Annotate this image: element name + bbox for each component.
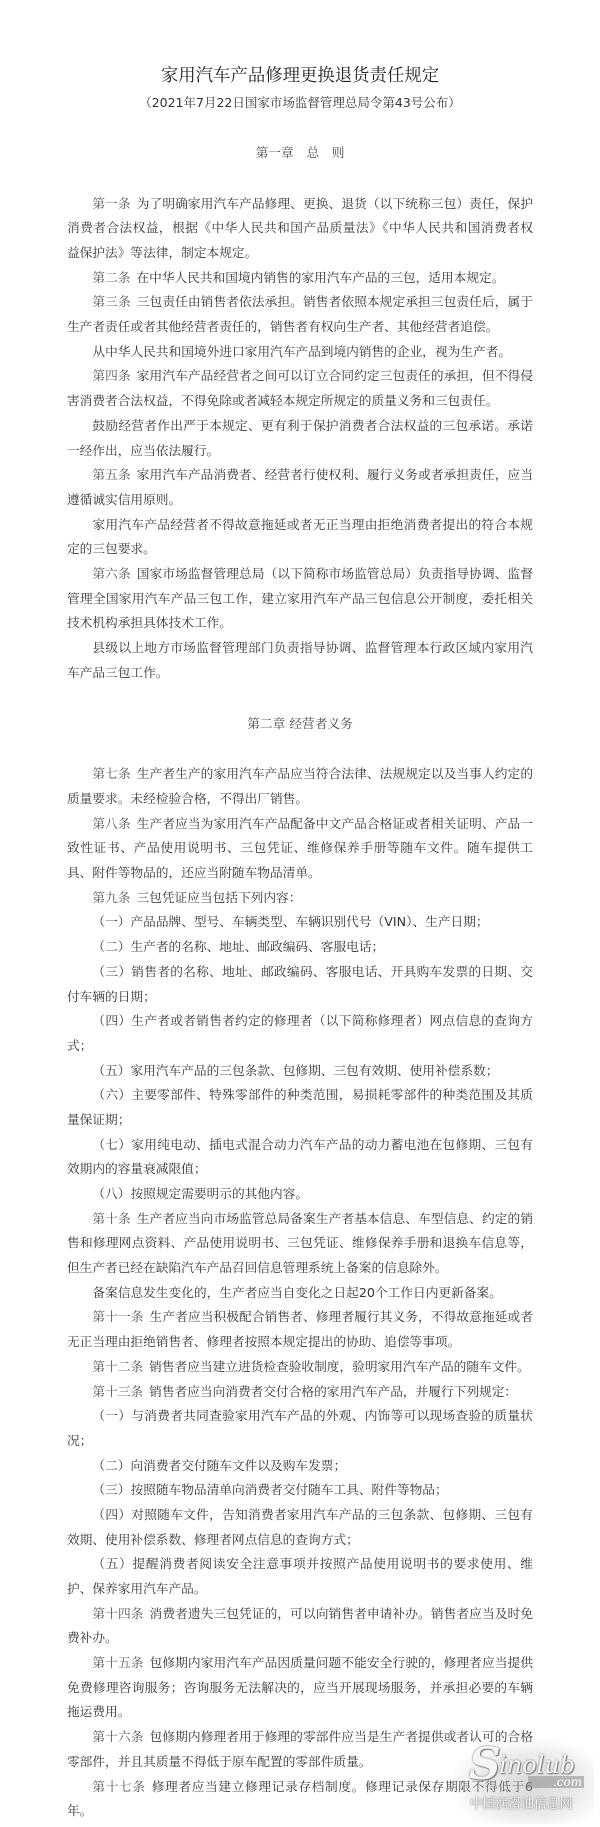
article-9-item-6: （六）主要零部件、特殊零部件的种类范围，易损耗零部件的种类范围及其质 量保证期； (67, 1083, 533, 1132)
text-line: 第十一条生产者应当积极配合销售者、修理者履行其义务，不得故意拖延或者 (67, 1305, 533, 1330)
text-line: 具、附件等物品的，还应当附随车物品清单。 (67, 861, 533, 886)
article-label: 第一条 (92, 196, 130, 211)
article-13-item-1: （一）与消费者共同查验家用汽车产品的外观、内饰等可以现场查验的质量状 况； (67, 1404, 533, 1453)
article-13-item-5: （五）提醒消费者阅读安全注意事项并按照产品使用说明书的要求使用、维 护、保养家用… (67, 1552, 533, 1601)
article-4: 第四条家用汽车产品经营者之间可以订立合同约定三包责任的承担，但不得侵 害消费者合… (67, 364, 533, 413)
text-line: 生产者责任或者其他经营者责任的，销售者有权向生产者、其他经营者追偿。 (67, 315, 533, 340)
text-line: 一经作出，应当依法履行。 (67, 439, 533, 464)
article-16: 第十六条包修期内修理者用于修理的零部件应当是生产者提供或者认可的合格 零部件，并… (67, 1725, 533, 1774)
text-line: 第十三条销售者应当向消费者交付合格的家用汽车产品，并履行下列规定： (67, 1380, 533, 1405)
text-line: 车产品三包工作。 (67, 661, 533, 686)
text-line: 第十四条消费者遗失三包凭证的，可以向销售者申请补办。销售者应当及时免 (67, 1602, 533, 1627)
text-line: （二）向消费者交付随车文件以及购车发票； (67, 1454, 533, 1479)
line-text: 生产者应当向市场监管总局备案生产者基本信息、车型信息、约定的销 (137, 1211, 533, 1226)
line-text: 包修期内家用汽车产品因质量问题不能安全行驶的，修理者应当提供 (150, 1655, 533, 1670)
article-label: 第八条 (92, 816, 130, 831)
text-line: 县级以上地方市场监督管理部门负责指导协调、监督管理本行政区域内家用汽 (67, 636, 533, 661)
line-text: 修理者应当建立修理记录存档制度。修理记录保存期限不得低于6 (152, 1779, 533, 1794)
article-9-item-2: （二）生产者的名称、地址、邮政编码、客服电话； (67, 935, 533, 960)
text-line: 第十条生产者应当向市场监管总局备案生产者基本信息、车型信息、约定的销 (67, 1207, 533, 1232)
text-line: 遵循诚实信用原则。 (67, 488, 533, 513)
article-13-item-3: （三）按照随车物品清单向消费者交付随车工具、附件等物品； (67, 1478, 533, 1503)
article-9-item-8: （八）按照规定需要明示的其他内容。 (67, 1182, 533, 1207)
article-label: 第三条 (92, 294, 130, 309)
article-9-item-1: （一）产品品牌、型号、车辆类型、车辆识别代号（VIN）、生产日期； (67, 910, 533, 935)
text-line: （五）家用汽车产品的三包条款、包修期、三包有效期、使用补偿系数； (67, 1059, 533, 1084)
text-line: （一）产品品牌、型号、车辆类型、车辆识别代号（VIN）、生产日期； (67, 910, 533, 935)
article-label: 第五条 (92, 467, 130, 482)
line-text: 家用汽车产品经营者之间可以订立合同约定三包责任的承担，但不得侵 (137, 368, 533, 383)
text-line: （四）生产者或者销售者约定的修理者（以下简称修理者）网点信息的查询方 (67, 1009, 533, 1034)
article-5-paragraph-2: 家用汽车产品经营者不得故意拖延或者无正当理由拒绝消费者提出的符合本规 定的三包要… (67, 513, 533, 562)
article-label: 第四条 (92, 368, 130, 383)
article-13-item-4: （四）对照随车文件，告知消费者家用汽车产品的三包条款、包修期、三包有 效期、使用… (67, 1503, 533, 1552)
article-11: 第十一条生产者应当积极配合销售者、修理者履行其义务，不得故意拖延或者 无正当理由… (67, 1305, 533, 1354)
article-5: 第五条家用汽车产品消费者、经营者行使权利、履行义务或者承担责任，应当 遵循诚实信… (67, 463, 533, 512)
text-line: 付车辆的日期； (67, 985, 533, 1010)
text-line: （八）按照规定需要明示的其他内容。 (67, 1182, 533, 1207)
line-text: 家用汽车产品消费者、经营者行使权利、履行义务或者承担责任，应当 (137, 467, 533, 482)
article-8: 第八条生产者应当为家用汽车产品配备中文产品合格证或者相关证明、产品一 致性证书、… (67, 812, 533, 886)
text-line: 害消费者合法权益，不得免除或者减轻本规定所规定的质量义务和三包责任。 (67, 389, 533, 414)
line-text: 包修期内修理者用于修理的零部件应当是生产者提供或者认可的合格 (150, 1729, 533, 1744)
text-line: 费补办。 (67, 1626, 533, 1651)
article-label: 第十五条 (92, 1655, 143, 1670)
line-text: 为了明确家用汽车产品修理、更换、退货（以下统称三包）责任，保护 (137, 196, 533, 211)
text-line: 管理全国家用汽车产品三包工作，建立家用汽车产品三包信息公开制度，委托相关 (67, 587, 533, 612)
text-line: 第五条家用汽车产品消费者、经营者行使权利、履行义务或者承担责任，应当 (67, 463, 533, 488)
text-line: （五）提醒消费者阅读安全注意事项并按照产品使用说明书的要求使用、维 (67, 1552, 533, 1577)
text-line: 但生产者已经在缺陷汽车产品召回信息管理系统上备案的信息除外。 (67, 1256, 533, 1281)
line-text: 在中华人民共和国境内销售的家用汽车产品的三包，适用本规定。 (136, 270, 504, 285)
text-line: 第十六条包修期内修理者用于修理的零部件应当是生产者提供或者认可的合格 (67, 1725, 533, 1750)
text-line: 消费者合法权益，根据《中华人民共和国产品质量法》《中华人民共和国消费者权 (67, 216, 533, 241)
article-9: 第九条三包凭证应当包括下列内容： (67, 886, 533, 911)
text-line: 第三条三包责任由销售者依法承担。销售者依照本规定承担三包责任后，属于 (67, 290, 533, 315)
article-3-paragraph-2: 从中华人民共和国境外进口家用汽车产品到境内销售的企业，视为生产者。 (67, 340, 533, 365)
text-line: 第十二条销售者应当建立进货检查验收制度，验明家用汽车产品的随车文件。 (67, 1355, 533, 1380)
text-line: 效期内的容量衰减限值； (67, 1157, 533, 1182)
text-line: 拖运费用。 (67, 1700, 533, 1725)
text-line: 第四条家用汽车产品经营者之间可以订立合同约定三包责任的承担，但不得侵 (67, 364, 533, 389)
text-line: 家用汽车产品经营者不得故意拖延或者无正当理由拒绝消费者提出的符合本规 (67, 513, 533, 538)
article-4-paragraph-2: 鼓励经营者作出严于本规定、更有利于保护消费者合法权益的三包承诺。承诺 一经作出，… (67, 414, 533, 463)
article-12: 第十二条销售者应当建立进货检查验收制度，验明家用汽车产品的随车文件。 (67, 1355, 533, 1380)
article-label: 第十一条 (92, 1309, 143, 1324)
article-6-paragraph-2: 县级以上地方市场监督管理部门负责指导协调、监督管理本行政区域内家用汽 车产品三包… (67, 636, 533, 685)
text-line: 第十七条修理者应当建立修理记录存档制度。修理记录保存期限不得低于6 (67, 1775, 533, 1800)
chapter-heading-2: 第二章 经营者义务 (0, 712, 600, 737)
chapter-1-body: 第一条为了明确家用汽车产品修理、更换、退货（以下统称三包）责任，保护 消费者合法… (67, 192, 533, 686)
text-line: 从中华人民共和国境外进口家用汽车产品到境内销售的企业，视为生产者。 (67, 340, 533, 365)
article-label: 第十三条 (92, 1384, 143, 1399)
text-line: 第六条国家市场监督管理总局（以下简称市场监管总局）负责指导协调、监督 (67, 562, 533, 587)
article-9-item-7: （七）家用纯电动、插电式混合动力汽车产品的动力蓄电池在包修期、三包有 效期内的容… (67, 1133, 533, 1182)
text-line: 年。 (67, 1799, 533, 1824)
text-line: 定的三包要求。 (67, 537, 533, 562)
text-line: （六）主要零部件、特殊零部件的种类范围，易损耗零部件的种类范围及其质 (67, 1083, 533, 1108)
article-6: 第六条国家市场监督管理总局（以下简称市场监管总局）负责指导协调、监督 管理全国家… (67, 562, 533, 636)
article-17: 第十七条修理者应当建立修理记录存档制度。修理记录保存期限不得低于6 年。 (67, 1775, 533, 1824)
text-line: （三）按照随车物品清单向消费者交付随车工具、附件等物品； (67, 1478, 533, 1503)
text-line: （七）家用纯电动、插电式混合动力汽车产品的动力蓄电池在包修期、三包有 (67, 1133, 533, 1158)
line-text: 消费者遗失三包凭证的，可以向销售者申请补办。销售者应当及时免 (150, 1606, 533, 1621)
text-line: 量保证期； (67, 1108, 533, 1133)
article-label: 第六条 (92, 566, 130, 581)
article-13: 第十三条销售者应当向消费者交付合格的家用汽车产品，并履行下列规定： (67, 1380, 533, 1405)
line-text: 销售者应当向消费者交付合格的家用汽车产品，并履行下列规定： (149, 1384, 517, 1399)
line-text: 三包责任由销售者依法承担。销售者依照本规定承担三包责任后，属于 (137, 294, 533, 309)
text-line: 第一条为了明确家用汽车产品修理、更换、退货（以下统称三包）责任，保护 (67, 192, 533, 217)
article-label: 第十七条 (92, 1779, 145, 1794)
article-9-item-4: （四）生产者或者销售者约定的修理者（以下简称修理者）网点信息的查询方 式； (67, 1009, 533, 1058)
article-label: 第二条 (92, 270, 130, 285)
article-7: 第七条生产者生产的家用汽车产品应当符合法律、法规规定以及当事人约定的 质量要求。… (67, 762, 533, 811)
line-text: 生产者生产的家用汽车产品应当符合法律、法规规定以及当事人约定的 (137, 766, 533, 781)
text-line: 技术机构承担具体技术工作。 (67, 611, 533, 636)
article-1: 第一条为了明确家用汽车产品修理、更换、退货（以下统称三包）责任，保护 消费者合法… (67, 192, 533, 266)
text-line: 第十五条包修期内家用汽车产品因质量问题不能安全行驶的，修理者应当提供 (67, 1651, 533, 1676)
text-line: 质量要求。未经检验合格，不得出厂销售。 (67, 787, 533, 812)
chapter-2-body: 第七条生产者生产的家用汽车产品应当符合法律、法规规定以及当事人约定的 质量要求。… (67, 762, 533, 1824)
text-line: 鼓励经营者作出严于本规定、更有利于保护消费者合法权益的三包承诺。承诺 (67, 414, 533, 439)
text-line: 第二条在中华人民共和国境内销售的家用汽车产品的三包，适用本规定。 (67, 266, 533, 291)
text-line: 无正当理由拒绝销售者、修理者按照本规定提出的协助、追偿等事项。 (67, 1330, 533, 1355)
article-9-item-3: （三）销售者的名称、地址、邮政编码、客服电话、开具购车发票的日期、交 付车辆的日… (67, 960, 533, 1009)
line-text: 生产者应当为家用汽车产品配备中文产品合格证或者相关证明、产品一 (137, 816, 533, 831)
watermark-domain-suffix: .com (528, 1776, 584, 1788)
text-line: （四）对照随车文件，告知消费者家用汽车产品的三包条款、包修期、三包有 (67, 1503, 533, 1528)
article-label: 第十条 (92, 1211, 130, 1226)
article-label: 第十二条 (92, 1359, 143, 1374)
article-3: 第三条三包责任由销售者依法承担。销售者依照本规定承担三包责任后，属于 生产者责任… (67, 290, 533, 339)
text-line: 售和修理网点资料、产品使用说明书、三包凭证、维修保养手册和退换车信息等， (67, 1231, 533, 1256)
article-15: 第十五条包修期内家用汽车产品因质量问题不能安全行驶的，修理者应当提供 免费修理咨… (67, 1651, 533, 1725)
text-line: 益保护法》等法律，制定本规定。 (67, 241, 533, 266)
text-line: （三）销售者的名称、地址、邮政编码、客服电话、开具购车发票的日期、交 (67, 960, 533, 985)
line-text: 生产者应当积极配合销售者、修理者履行其义务，不得故意拖延或者 (150, 1309, 533, 1324)
text-line: （一）与消费者共同查验家用汽车产品的外观、内饰等可以现场查验的质量状 (67, 1404, 533, 1429)
article-label: 第七条 (92, 766, 130, 781)
article-label: 第十四条 (92, 1606, 143, 1621)
article-label: 第十六条 (92, 1729, 143, 1744)
document-page: 家用汽车产品修理更换退货责任规定 （2021年7月22日国家市场监督管理总局令第… (0, 0, 600, 1827)
document-title: 家用汽车产品修理更换退货责任规定 (0, 0, 600, 88)
article-13-item-2: （二）向消费者交付随车文件以及购车发票； (67, 1454, 533, 1479)
text-line: 护、保养家用汽车产品。 (67, 1577, 533, 1602)
chapter-heading-1: 第一章 总 则 (0, 141, 600, 166)
text-line: （二）生产者的名称、地址、邮政编码、客服电话； (67, 935, 533, 960)
text-line: 式； (67, 1034, 533, 1059)
document-subtitle: （2021年7月22日国家市场监督管理总局令第43号公布） (0, 92, 600, 114)
article-label: 第九条 (92, 890, 130, 905)
article-2: 第二条在中华人民共和国境内销售的家用汽车产品的三包，适用本规定。 (67, 266, 533, 291)
line-text: 销售者应当建立进货检查验收制度，验明家用汽车产品的随车文件。 (149, 1359, 530, 1374)
article-10: 第十条生产者应当向市场监管总局备案生产者基本信息、车型信息、约定的销 售和修理网… (67, 1207, 533, 1281)
article-14: 第十四条消费者遗失三包凭证的，可以向销售者申请补办。销售者应当及时免 费补办。 (67, 1602, 533, 1651)
article-9-item-5: （五）家用汽车产品的三包条款、包修期、三包有效期、使用补偿系数； (67, 1059, 533, 1084)
text-line: 第七条生产者生产的家用汽车产品应当符合法律、法规规定以及当事人约定的 (67, 762, 533, 787)
text-line: 零部件，并且其质量不得低于原车配置的零部件质量。 (67, 1750, 533, 1775)
text-line: 第九条三包凭证应当包括下列内容： (67, 886, 533, 911)
article-10-paragraph-2: 备案信息发生变化的，生产者应当自变化之日起20个工作日内更新备案。 (67, 1281, 533, 1306)
line-text: 三包凭证应当包括下列内容： (136, 890, 301, 905)
text-line: 第八条生产者应当为家用汽车产品配备中文产品合格证或者相关证明、产品一 (67, 812, 533, 837)
text-line: 免费修理咨询服务；咨询服务无法解决的，应当开展现场服务，并承担必要的车辆 (67, 1676, 533, 1701)
text-line: 况； (67, 1429, 533, 1454)
text-line: 致性证书、产品使用说明书、三包凭证、维修保养手册等随车文件。随车提供工 (67, 836, 533, 861)
text-line: 效期、使用补偿系数、修理者网点信息的查询方式； (67, 1528, 533, 1553)
text-line: 备案信息发生变化的，生产者应当自变化之日起20个工作日内更新备案。 (67, 1281, 533, 1306)
line-text: 国家市场监督管理总局（以下简称市场监管总局）负责指导协调、监督 (137, 566, 533, 581)
